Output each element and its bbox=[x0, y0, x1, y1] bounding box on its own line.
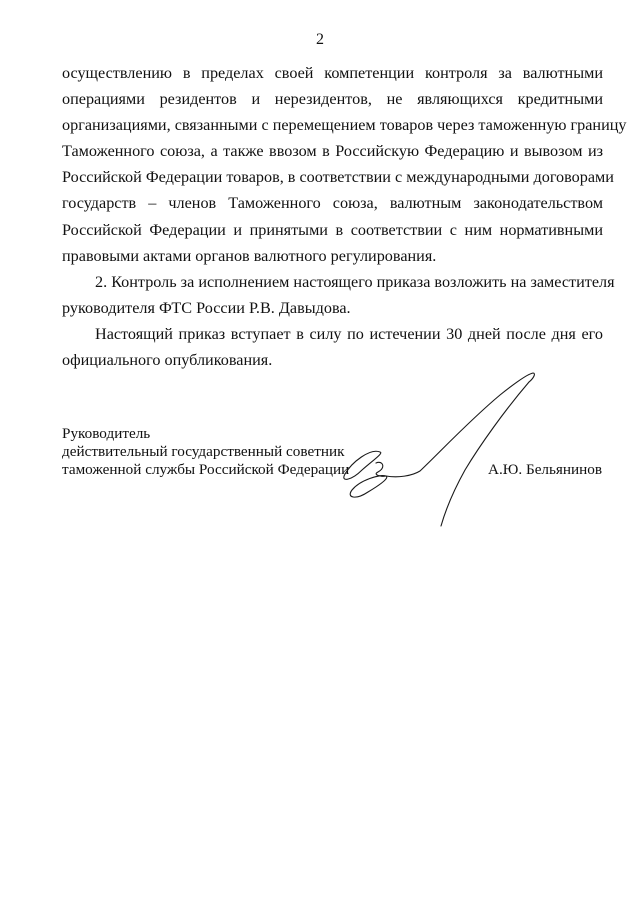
signatory-position: Руководитель bbox=[62, 425, 349, 443]
body-line: осуществлению в пределах своей компетенц… bbox=[62, 60, 603, 86]
body-line: государств – членов Таможенного союза, в… bbox=[62, 190, 603, 216]
body-line: руководителя ФТС России Р.В. Давыдова. bbox=[62, 295, 603, 321]
body-line: 2. Контроль за исполнением настоящего пр… bbox=[62, 269, 603, 295]
body-line: операциями резидентов и нерезидентов, не… bbox=[62, 86, 603, 112]
signer-name: А.Ю. Бельянинов bbox=[488, 461, 602, 479]
body-line: Российской Федерации товаров, в соответс… bbox=[62, 164, 603, 190]
body-line: организациями, связанными с перемещением… bbox=[62, 112, 603, 138]
body-line: правовыми актами органов валютного регул… bbox=[62, 243, 603, 269]
signatory-title: Руководитель действительный государствен… bbox=[62, 425, 349, 479]
document-body: осуществлению в пределах своей компетенц… bbox=[62, 60, 603, 373]
body-line: Таможенного союза, а также ввозом в Росс… bbox=[62, 138, 603, 164]
signatory-rank: действительный государственный советник bbox=[62, 443, 349, 461]
signatory-service: таможенной службы Российской Федерации bbox=[62, 461, 349, 479]
body-line: Настоящий приказ вступает в силу по исте… bbox=[62, 321, 603, 347]
page-number: 2 bbox=[0, 31, 640, 49]
body-line: Российской Федерации и принятыми в соотв… bbox=[62, 217, 603, 243]
body-line: официального опубликования. bbox=[62, 347, 603, 373]
